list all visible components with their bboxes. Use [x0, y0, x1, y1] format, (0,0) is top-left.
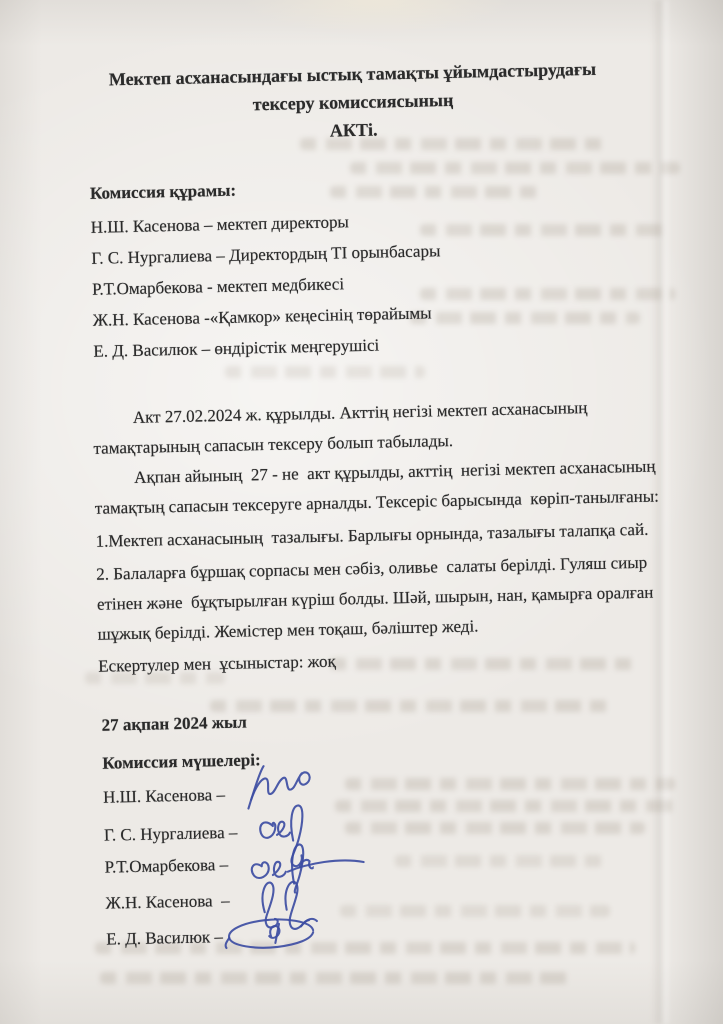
commission-member: Н.Ш. Касенова – мектеп директоры [91, 205, 691, 238]
commission-member: Р.Т.Омарбекова - мектеп медбикесі [92, 267, 692, 300]
handwritten-signature-vasilyuk [223, 913, 322, 961]
signature-name-nurgalieva: Г. С. Нургалиева – [104, 823, 242, 846]
signature-name-omarbekova: Р.Т.Омарбекова – [104, 855, 232, 878]
finding-2: 2. Балаларға бұршақ сорпасы мен сәбіз, о… [96, 547, 690, 650]
document-content: Мектеп асханасындағы ыстық тамақты ұйымд… [0, 0, 723, 1024]
signature-name-kasenova-zhn: Ж.Н. Касенова – [105, 891, 234, 914]
members-header: Комиссия мүшелері: [102, 750, 261, 773]
commission-member: Е. Д. Василюк – өндірістік меңгерушісі [93, 329, 693, 362]
document-title: Мектеп асханасындағы ыстық тамақты ұйымд… [32, 53, 674, 151]
act-paragraph-2: Ақпан айының 27 - не акт құрылды, акттің… [94, 451, 687, 524]
signature-name-vasilyuk: Е. Д. Василюк – [106, 927, 227, 950]
signature-name-kasenova-nsh: Н.Ш. Касенова – [103, 785, 230, 808]
date-line: 27 ақпан 2024 жыл [101, 713, 247, 736]
scanned-document-page: Мектеп асханасындағы ыстық тамақты ұйымд… [0, 0, 723, 1024]
commission-member: Г. С. Нургалиева – Директордың ТІ орынба… [91, 236, 691, 269]
paper-crease [651, 0, 671, 1024]
commission-member: Ж.Н. Касенова -«Қамкор» кеңесінің төрайы… [93, 298, 693, 331]
commission-header: Комиссия құрамы: [90, 181, 237, 204]
